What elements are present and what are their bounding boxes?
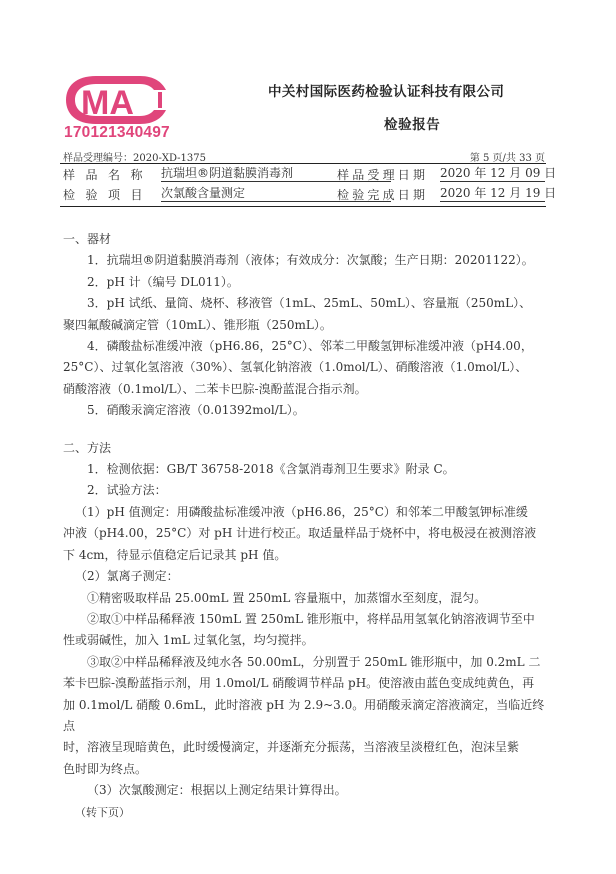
continued-note: （转下页）: [63, 802, 549, 823]
method-line: 苯卡巴腙-溴酚蓝指示剂，用 1.0mol/L 硝酸调节样品 pH。使溶液由蓝色变…: [63, 673, 549, 694]
equipment-item: 2．pH 计（编号 DL011）。: [63, 272, 549, 293]
method-line: 性或弱碱性，加入 1mL 过氧化氢，均匀搅拌。: [63, 630, 549, 651]
accept-date-value: 2020 年 12 月 09 日: [440, 166, 545, 182]
page-info: 第 5 页/共 33 页: [470, 149, 545, 164]
report-body: 一、器材 1．抗瑞坦®阴道黏膜消毒剂（液体；有效成分：次氯酸；生产日期：2020…: [63, 229, 549, 823]
complete-date-value: 2020 年 12 月 19 日: [440, 186, 545, 202]
method-line: （3）次氯酸测定：根据以上测定结果计算得出。: [63, 780, 549, 801]
cma-number: 170121340497: [64, 124, 170, 142]
method-line: 2．试验方法：: [63, 480, 549, 501]
method-line: 下 4cm，待显示值稳定后记录其 pH 值。: [63, 545, 549, 566]
info-row-sample: 样品名称 抗瑞坦®阴道黏膜消毒剂 样品受理日期 2020 年 12 月 09 日: [63, 166, 545, 184]
divider-bottom: [60, 206, 546, 207]
report-title: 检验报告: [384, 113, 440, 133]
equipment-item-cont: 聚四氟酸碱滴定管（10mL）、锥形瓶（250mL）。: [63, 315, 549, 336]
method-line: ②取①中样品稀释液 150mL 置 250mL 锥形瓶中，将样品用氢氧化钠溶液调…: [63, 609, 549, 630]
company-name: 中关村国际医药检验认证科技有限公司: [0, 80, 616, 100]
test-item-label: 检验项目: [63, 186, 151, 203]
sample-name-label: 样品名称: [63, 166, 151, 183]
equipment-item-cont: 25°C）、过氧化氢溶液（30%）、氢氧化钠溶液（1.0mol/L）、硝酸溶液（…: [63, 357, 549, 378]
method-line: 加 0.1mol/L 硝酸 0.6mL，此时溶液 pH 为 2.9~3.0。用硝…: [63, 695, 549, 738]
divider-top: [60, 163, 546, 164]
report-page: MA 170121340497 中关村国际医药检验认证科技有限公司 检验报告 样…: [0, 0, 616, 874]
section-title-method: 二、方法: [63, 438, 549, 459]
method-line: ①精密吸取样品 25.00mL 置 250mL 容量瓶中，加蒸馏水至刻度，混匀。: [63, 588, 549, 609]
method-line: 色时即为终点。: [63, 759, 549, 780]
equipment-item: 3．pH 试纸、量筒、烧杯、移液管（1mL、25mL、50mL）、容量瓶（250…: [63, 293, 549, 314]
method-line: 1．检测依据：GB/T 36758-2018《含氯消毒剂卫生要求》附录 C。: [63, 459, 549, 480]
info-row-test: 检验项目 次氯酸含量测定 检验完成日期 2020 年 12 月 19 日: [63, 186, 545, 204]
method-line: 时，溶液呈现暗黄色，此时缓慢滴定，并逐渐充分振荡，当溶液呈淡橙红色，泡沫呈紫: [63, 737, 549, 758]
receipt-number: 样品受理编号：2020-XD-1375: [63, 149, 206, 164]
receipt-row: 样品受理编号：2020-XD-1375 第 5 页/共 33 页: [63, 149, 545, 164]
method-line: ③取②中样品稀释液及纯水各 50.00mL，分别置于 250mL 锥形瓶中，加 …: [63, 652, 549, 673]
equipment-item: 5．硝酸汞滴定溶液（0.01392mol/L）。: [63, 400, 549, 421]
equipment-item: 1．抗瑞坦®阴道黏膜消毒剂（液体；有效成分：次氯酸；生产日期：20201122）…: [63, 250, 549, 271]
equipment-item: 4．磷酸盐标准缓冲液（pH6.86，25°C）、邻苯二甲酸氢钾标准缓冲液（pH4…: [63, 336, 549, 357]
method-line: （2）氯离子测定：: [63, 566, 549, 587]
section-title-equipment: 一、器材: [63, 229, 549, 250]
method-line: 冲液（pH4.00，25°C）对 pH 计进行校正。取适量样品于烧杯中，将电极浸…: [63, 523, 549, 544]
method-line: （1）pH 值测定：用磷酸盐标准缓冲液（pH6.86，25°C）和邻苯二甲酸氢钾…: [63, 502, 549, 523]
equipment-item-cont: 硝酸溶液（0.1mol/L）、二苯卡巴腙-溴酚蓝混合指示剂。: [63, 379, 549, 400]
